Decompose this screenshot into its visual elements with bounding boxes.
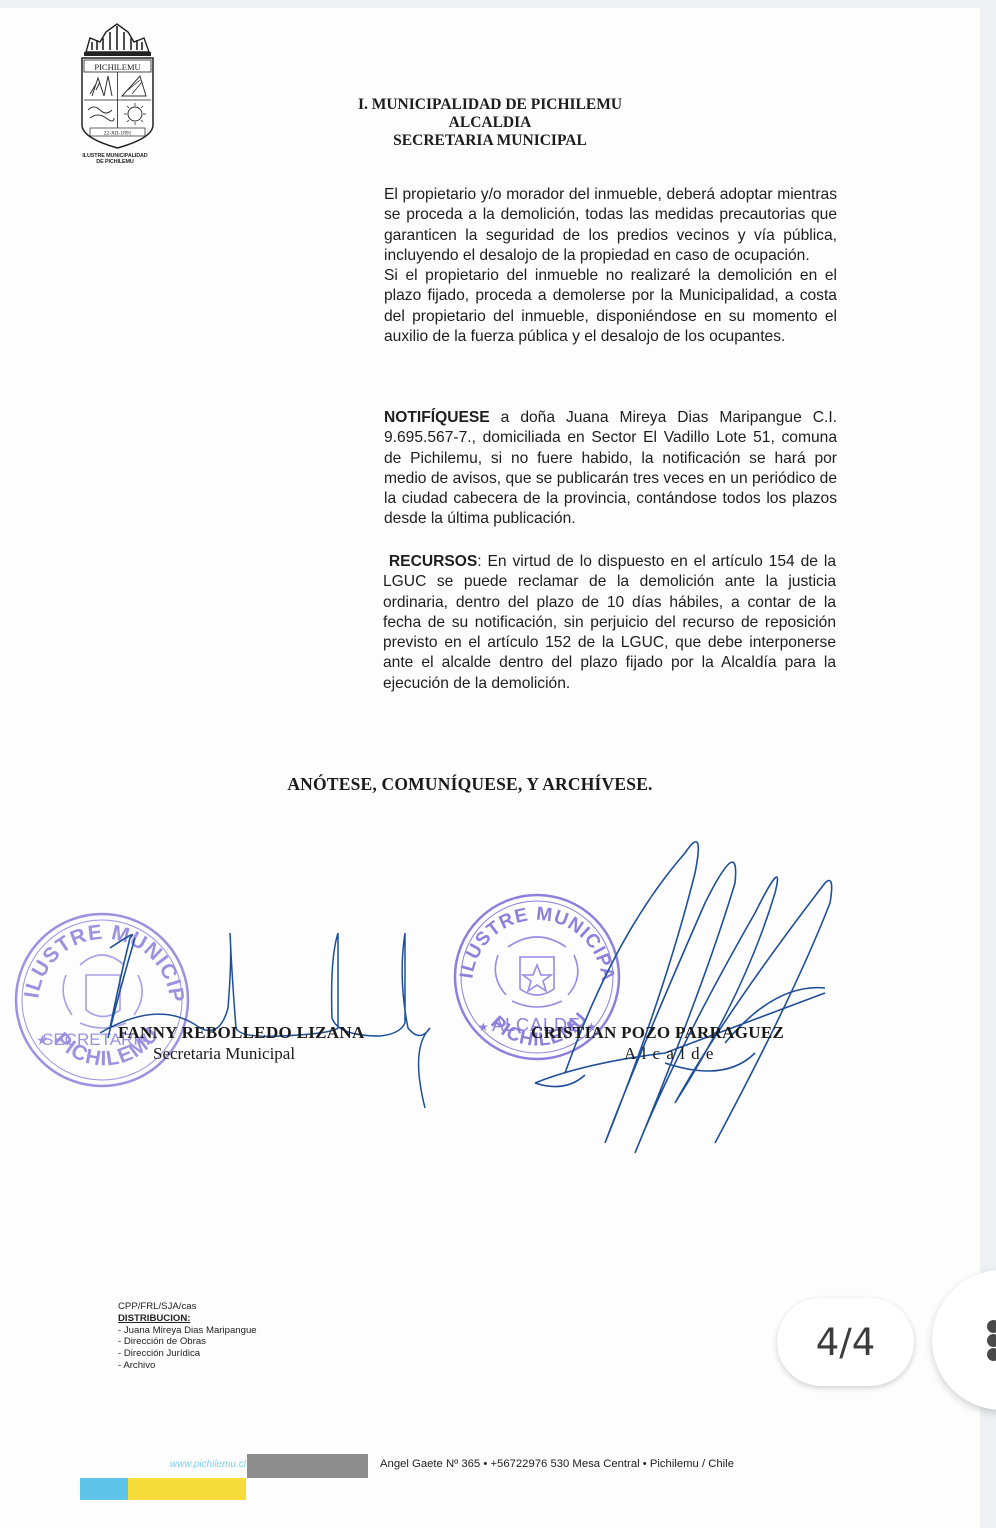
document-header: I. MUNICIPALIDAD DE PICHILEMU ALCALDIA S… — [330, 96, 650, 150]
paragraph-notification: NOTIFÍQUESE a doña Juana Mireya Dias Mar… — [384, 408, 837, 530]
distribution-item: - Archivo — [118, 1360, 257, 1372]
notification-text: a doña Juana Mireya Dias Maripangue C.I.… — [384, 409, 837, 527]
secretaria-name: FANNY REBOLLEDO LIZANA — [118, 1023, 365, 1043]
alcalde-role: A l c a l d e — [624, 1044, 714, 1064]
notification-lead: NOTIFÍQUESE — [384, 409, 490, 426]
footer-yellow-bar — [128, 1478, 246, 1500]
paragraph-precautions: El propietario y/o morador del inmueble,… — [384, 185, 837, 347]
svg-text:22-XII-1891: 22-XII-1891 — [104, 131, 132, 137]
distribution-item: - Juana Mireya Dias Maripangue — [118, 1325, 257, 1337]
page-indicator-text: 4/4 — [816, 1321, 876, 1364]
distribution-item: - Dirección de Obras — [118, 1336, 257, 1348]
secretaria-role: Secretaria Municipal — [153, 1044, 295, 1064]
distribution-initials: CPP/FRL/SJA/cas — [118, 1301, 257, 1313]
distribution-title: DISTRIBUCION: — [118, 1313, 257, 1325]
logo-caption-line2: DE PICHILEMU — [60, 159, 170, 165]
paragraph-1: El propietario y/o morador del inmueble,… — [384, 185, 837, 266]
resources-text: : En virtud de lo dispuesto en el artícu… — [383, 553, 836, 692]
header-line-municipality: I. MUNICIPALIDAD DE PICHILEMU — [330, 96, 650, 114]
alcalde-name: CRISTIAN POZO PARRAGUEZ — [531, 1023, 784, 1043]
paragraph-resources: RECURSOS: En virtud de lo dispuesto en e… — [383, 552, 836, 694]
page-indicator: 4/4 — [777, 1298, 914, 1386]
logo-caption: ILUSTRE MUNICIPALIDAD DE PICHILEMU — [60, 153, 170, 165]
svg-text:★: ★ — [36, 1033, 49, 1049]
alcalde-signature-icon — [525, 813, 855, 1168]
footer-blue-bar — [80, 1478, 128, 1500]
header-line-secretaria: SECRETARIA MUNICIPAL — [330, 132, 650, 150]
secretaria-signature-icon — [80, 918, 450, 1113]
closing-formula: ANÓTESE, COMUNÍQUESE, Y ARCHÍVESE. — [200, 774, 740, 795]
paragraph-2: Si el propietario del inmueble no realiz… — [384, 266, 837, 347]
footer-gray-bar — [247, 1454, 368, 1478]
svg-text:PICHILEMU: PICHILEMU — [94, 62, 140, 72]
distribution-list: CPP/FRL/SJA/cas DISTRIBUCION: - Juana Mi… — [118, 1301, 257, 1372]
footer-website: www.pichilemu.cl — [128, 1459, 246, 1470]
distribution-item: - Dirección Jurídica — [118, 1348, 257, 1360]
coat-of-arms-icon: PICHILEMU 22-XII-1891 — [70, 20, 165, 170]
footer-address: Angel Gaete Nº 365 • +56722976 530 Mesa … — [380, 1458, 734, 1470]
resources-lead: RECURSOS — [389, 553, 477, 570]
header-line-alcaldia: ALCALDIA — [330, 114, 650, 132]
